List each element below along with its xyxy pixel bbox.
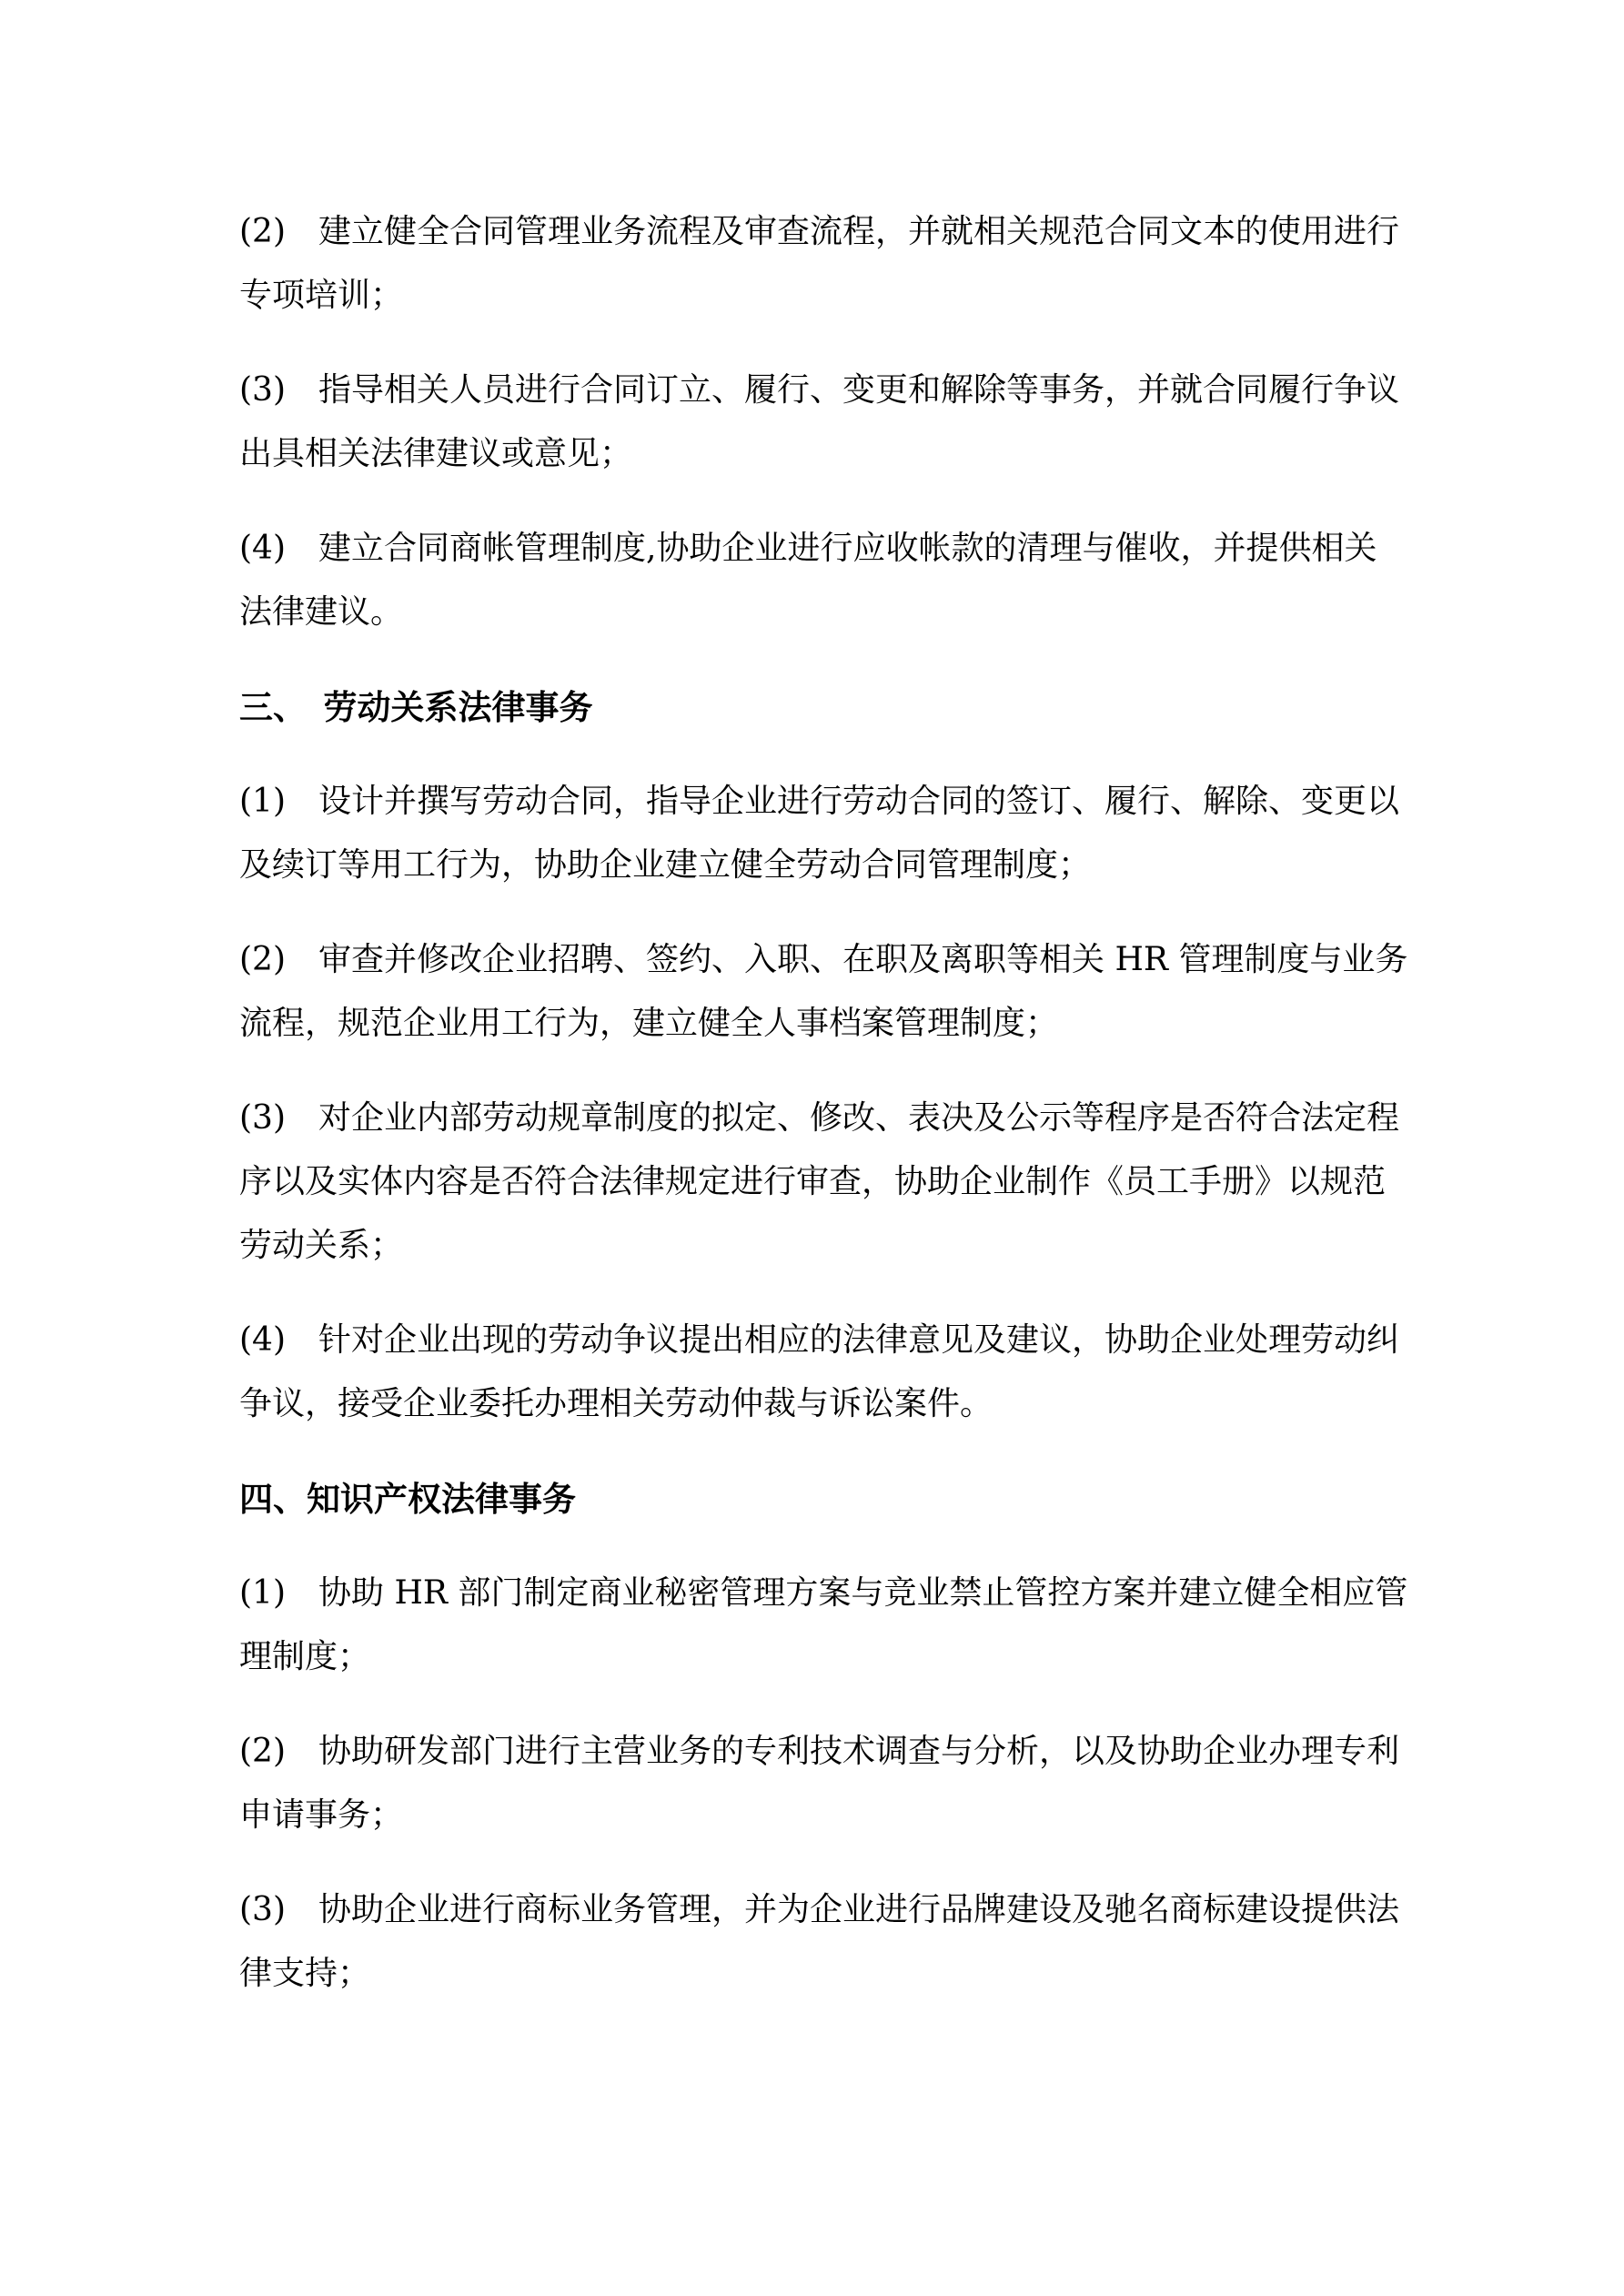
document-page: (2) 建立健全合同管理业务流程及审查流程，并就相关规范合同文本的使用进行 专项… (0, 0, 1624, 2296)
contract-list-item-3: (3) 指导相关人员进行合同订立、履行、变更和解除等事务，并就合同履行争议 出具… (239, 359, 1395, 486)
ip-list-item-3: (3) 协助企业进行商标业务管理，并为企业进行品牌建设及驰名商标建设提供法 律支… (239, 1878, 1395, 2006)
ip-list-item-1: (1) 协助 HR 部门制定商业秘密管理方案与竞业禁止管控方案并建立健全相应管 … (239, 1562, 1395, 1689)
page-text-content: (2) 建立健全合同管理业务流程及审查流程，并就相关规范合同文本的使用进行 专项… (239, 200, 1395, 2037)
ip-list-item-2: (2) 协助研发部门进行主营业务的专利技术调查与分析，以及协助企业办理专利 申请… (239, 1720, 1395, 1847)
labor-list-item-4: (4) 针对企业出现的劳动争议提出相应的法律意见及建议，协助企业处理劳动纠 争议… (239, 1309, 1395, 1436)
contract-list-item-4: (4) 建立合同商帐管理制度,协助企业进行应收帐款的清理与催收，并提供相关 法律… (239, 517, 1395, 644)
section-heading-ip-law: 四、知识产权法律事务 (239, 1467, 1395, 1531)
labor-list-item-2: (2) 审查并修改企业招聘、签约、入职、在职及离职等相关 HR 管理制度与业务 … (239, 928, 1395, 1056)
section-heading-labor-law: 三、 劳动关系法律事务 (239, 675, 1395, 739)
labor-list-item-3: (3) 对企业内部劳动规章制度的拟定、修改、表决及公示等程序是否符合法定程 序以… (239, 1087, 1395, 1278)
labor-list-item-1: (1) 设计并撰写劳动合同，指导企业进行劳动合同的签订、履行、解除、变更以 及续… (239, 770, 1395, 897)
contract-list-item-2: (2) 建立健全合同管理业务流程及审查流程，并就相关规范合同文本的使用进行 专项… (239, 200, 1395, 328)
